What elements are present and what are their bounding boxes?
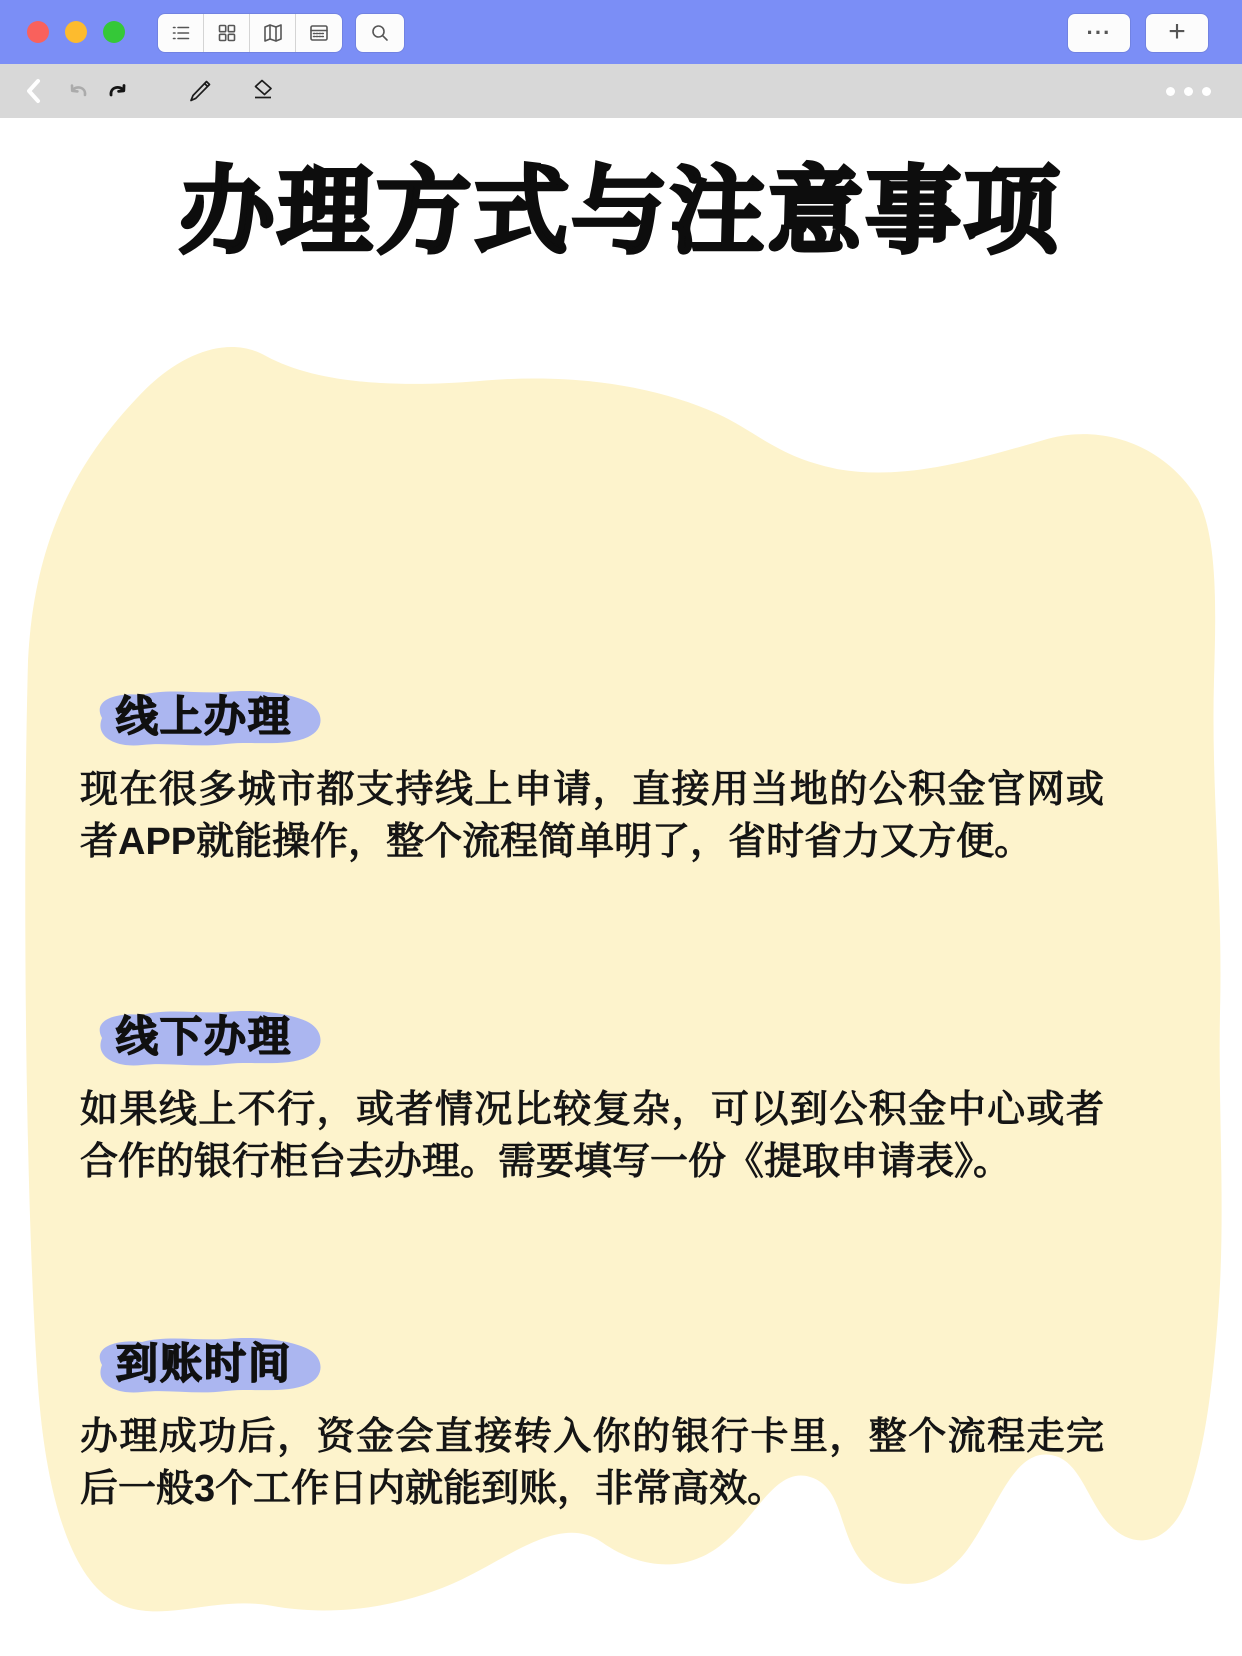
section-heading: 到账时间 — [78, 1333, 330, 1395]
add-page-button[interactable]: + — [1146, 14, 1208, 52]
search-icon — [368, 21, 392, 45]
toolbar-overflow-button[interactable] — [1158, 64, 1218, 118]
back-chevron-icon — [21, 76, 47, 106]
section-heading-pill: 到账时间 — [78, 1333, 330, 1397]
pen-icon — [185, 76, 215, 106]
section-heading-pill: 线下办理 — [78, 1006, 330, 1070]
pen-tool-button[interactable] — [180, 64, 220, 118]
close-window-button[interactable] — [27, 21, 49, 43]
app-window: ··· + — [0, 0, 1242, 1656]
undo-icon — [63, 76, 93, 106]
editing-toolbar — [0, 64, 1242, 118]
search-button[interactable] — [356, 14, 404, 52]
grid-view-button[interactable] — [204, 14, 250, 52]
section-offline: 线下办理 如果线上不行，或者情况比较复杂，可以到公积金中心或者合作的银行柜台去办… — [0, 1006, 1242, 1188]
note-page[interactable]: 办理方式与注意事项 线上办理 现在很多城市都支持线上申请，直接用当地的公积金官网… — [0, 118, 1242, 1656]
map-view-icon — [261, 21, 285, 45]
section-body: 办理成功后，资金会直接转入你的银行卡里，整个流程走完后一般3个工作日内就能到账，… — [80, 1411, 1104, 1515]
map-view-button[interactable] — [250, 14, 296, 52]
plus-icon: + — [1168, 15, 1186, 49]
list-view-icon — [169, 21, 193, 45]
section-arrival-time: 到账时间 办理成功后，资金会直接转入你的银行卡里，整个流程走完后一般3个工作日内… — [0, 1333, 1242, 1515]
section-body: 如果线上不行，或者情况比较复杂，可以到公积金中心或者合作的银行柜台去办理。需要填… — [80, 1084, 1104, 1188]
section-heading: 线下办理 — [78, 1006, 330, 1068]
section-heading-pill: 线上办理 — [78, 686, 330, 750]
redo-icon — [103, 76, 133, 106]
page-title: 办理方式与注意事项 — [0, 136, 1242, 272]
grid-view-icon — [215, 21, 239, 45]
eraser-icon — [247, 76, 277, 106]
ellipsis-icon: ··· — [1087, 20, 1112, 46]
section-online: 线上办理 现在很多城市都支持线上申请，直接用当地的公积金官网或者APP就能操作，… — [0, 686, 1242, 868]
calendar-view-icon — [307, 21, 331, 45]
view-switcher — [158, 14, 342, 52]
zoom-window-button[interactable] — [103, 21, 125, 43]
eraser-tool-button[interactable] — [242, 64, 282, 118]
list-view-button[interactable] — [158, 14, 204, 52]
minimize-window-button[interactable] — [65, 21, 87, 43]
titlebar: ··· + — [0, 0, 1242, 64]
section-heading: 线上办理 — [78, 686, 330, 748]
undo-button[interactable] — [58, 64, 98, 118]
calendar-view-button[interactable] — [296, 14, 342, 52]
more-options-button[interactable]: ··· — [1068, 14, 1130, 52]
back-button[interactable] — [14, 64, 54, 118]
section-body: 现在很多城市都支持线上申请，直接用当地的公积金官网或者APP就能操作，整个流程简… — [80, 764, 1104, 868]
redo-button[interactable] — [98, 64, 138, 118]
three-dots-icon — [1166, 87, 1175, 96]
